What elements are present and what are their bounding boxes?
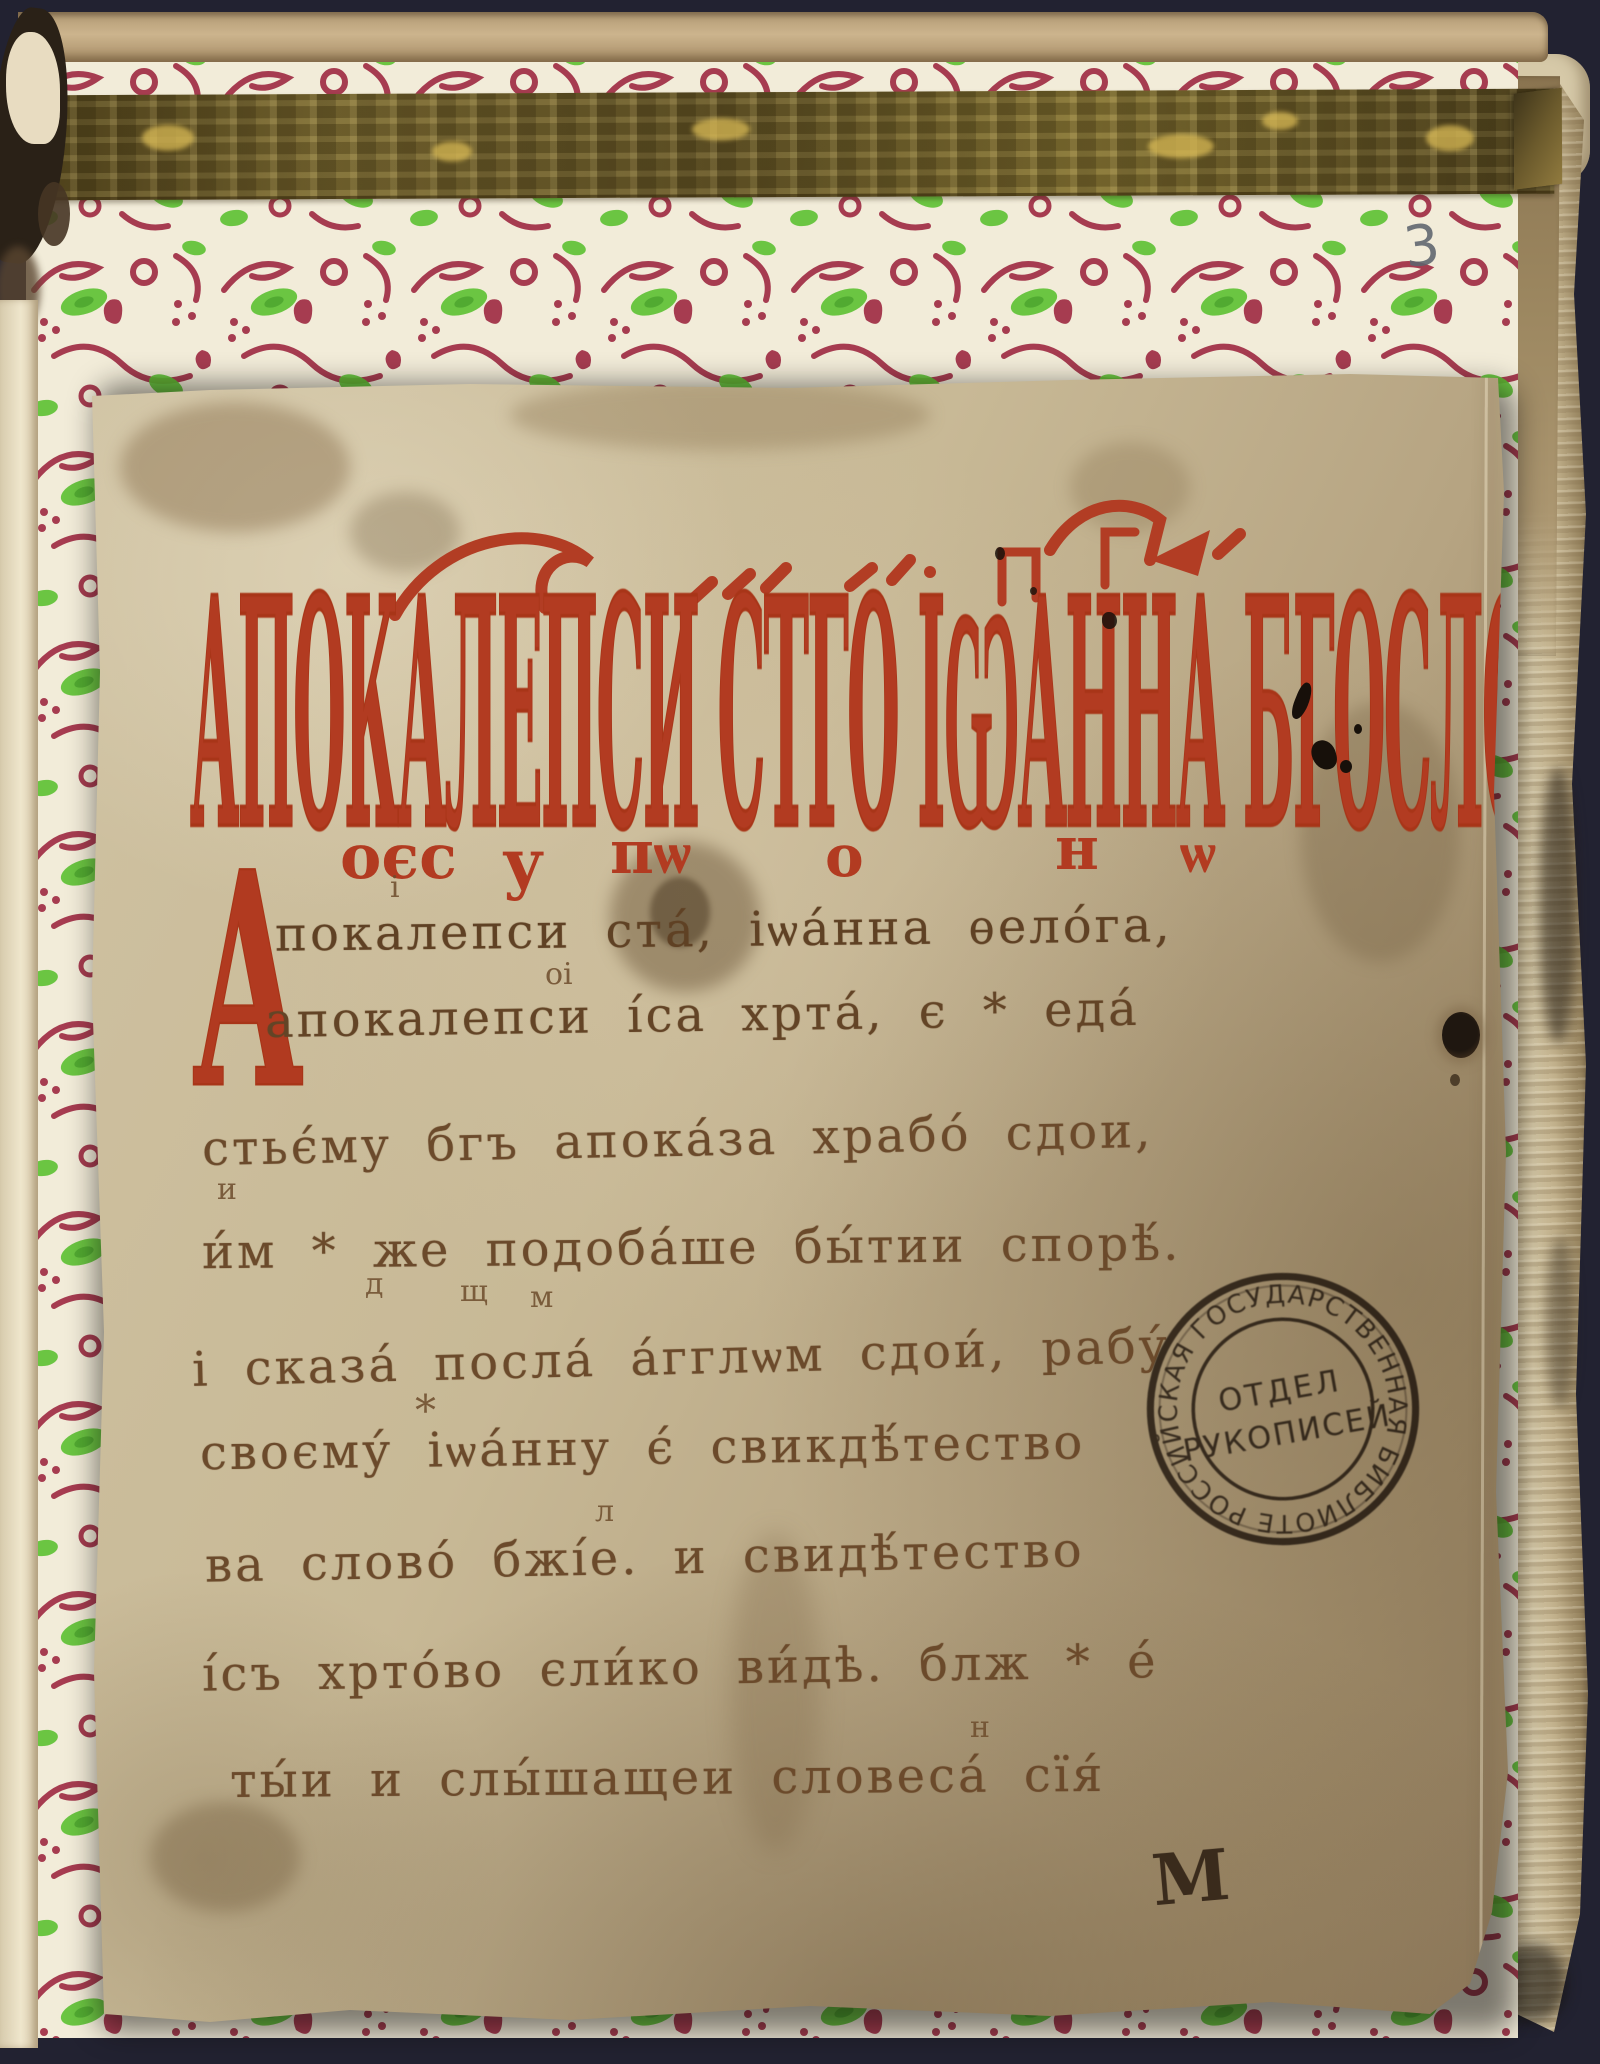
interlinear-mark: л — [595, 1494, 614, 1529]
interlinear-mark: н — [970, 1710, 990, 1745]
interlinear-mark: м — [530, 1280, 553, 1315]
text-line: апокалепси і́са хрта́, є * еда́ — [265, 981, 1140, 1049]
interlinear-mark: щ — [460, 1274, 488, 1309]
text-line: ва слово́ бжі́е. и свидѣ́тество — [205, 1522, 1085, 1593]
insertion-star-mark: * — [415, 1386, 436, 1435]
fore-edge-shadow — [1546, 1238, 1574, 1408]
text-line: ты́и и слы́шащеи словеса́ сїя́ — [230, 1747, 1106, 1809]
ink-speck — [995, 547, 1005, 560]
text-line: и́м * же подоба́ше бы́тии спорѣ́. — [202, 1216, 1182, 1281]
gold-glint — [432, 141, 472, 161]
text-line: покалепси ста́, іѡа́нна ѳело́га, — [275, 897, 1173, 962]
library-stamp: РОССИЙСКАЯ ГОСУДАРСТВЕННАЯ БИБЛИОТЕКА * … — [1115, 1241, 1451, 1577]
vyaz-sub-letters: у — [502, 824, 544, 902]
ink-blot — [1354, 724, 1362, 734]
interlinear-mark: и — [217, 1172, 237, 1207]
gold-glint — [692, 118, 750, 140]
wormhole-small — [1450, 1074, 1460, 1086]
manuscript-leaf: АПОКАЛЕПСИ СТГО ІѠАННА БГОСЛОВА оєс у пѡ… — [90, 372, 1514, 2024]
interlinear-mark: оі — [545, 957, 573, 992]
stain — [150, 1802, 300, 1912]
wormhole — [1442, 1012, 1480, 1058]
ink-blot — [1340, 760, 1352, 773]
cover-fold-band — [18, 12, 1548, 62]
manuscript-photo: 3 — [0, 0, 1600, 2064]
interlinear-mark: і — [390, 870, 400, 905]
rubric-initial: А — [192, 807, 304, 1154]
gold-band-folded-tip — [1514, 88, 1562, 190]
ink-speck — [1102, 612, 1117, 629]
owner-letter-mark: М — [1149, 1833, 1233, 1922]
ink-speck — [1030, 587, 1037, 595]
gold-glint — [1262, 112, 1298, 130]
stain — [510, 380, 930, 450]
text-line: своєму́ іѡа́нну є́ свикдѣ́тество — [200, 1415, 1086, 1482]
text-line: і сказа́ посла́ а́гглѡм сдои́, рабу́ — [191, 1318, 1170, 1398]
text-line: стьє́му бгъ апока́за храбо́ сдои, — [202, 1103, 1154, 1177]
corner-damage — [38, 182, 70, 246]
gold-glint — [142, 125, 194, 151]
stamp-center-line2: РУКОПИСЕЙ — [1180, 1397, 1394, 1469]
text-line: і́съ хрто́во єли́ко ви́дѣ. блж * е́ — [202, 1633, 1159, 1702]
fore-edge-shadow — [1540, 768, 1576, 1042]
gold-glint — [1426, 125, 1474, 151]
vyaz-sub-letters: пѡ — [610, 818, 691, 888]
book-spine-edge-left — [0, 300, 38, 2048]
vyaz-sub-letters: н — [1055, 814, 1099, 884]
interlinear-mark: д — [365, 1267, 383, 1302]
gilt-embossed-band — [30, 89, 1554, 201]
vyaz-sub-letters: о — [825, 822, 864, 890]
vyaz-sub-letters: ѡ — [1180, 818, 1216, 886]
gold-glint — [1148, 134, 1214, 158]
paper-chip — [6, 32, 60, 144]
